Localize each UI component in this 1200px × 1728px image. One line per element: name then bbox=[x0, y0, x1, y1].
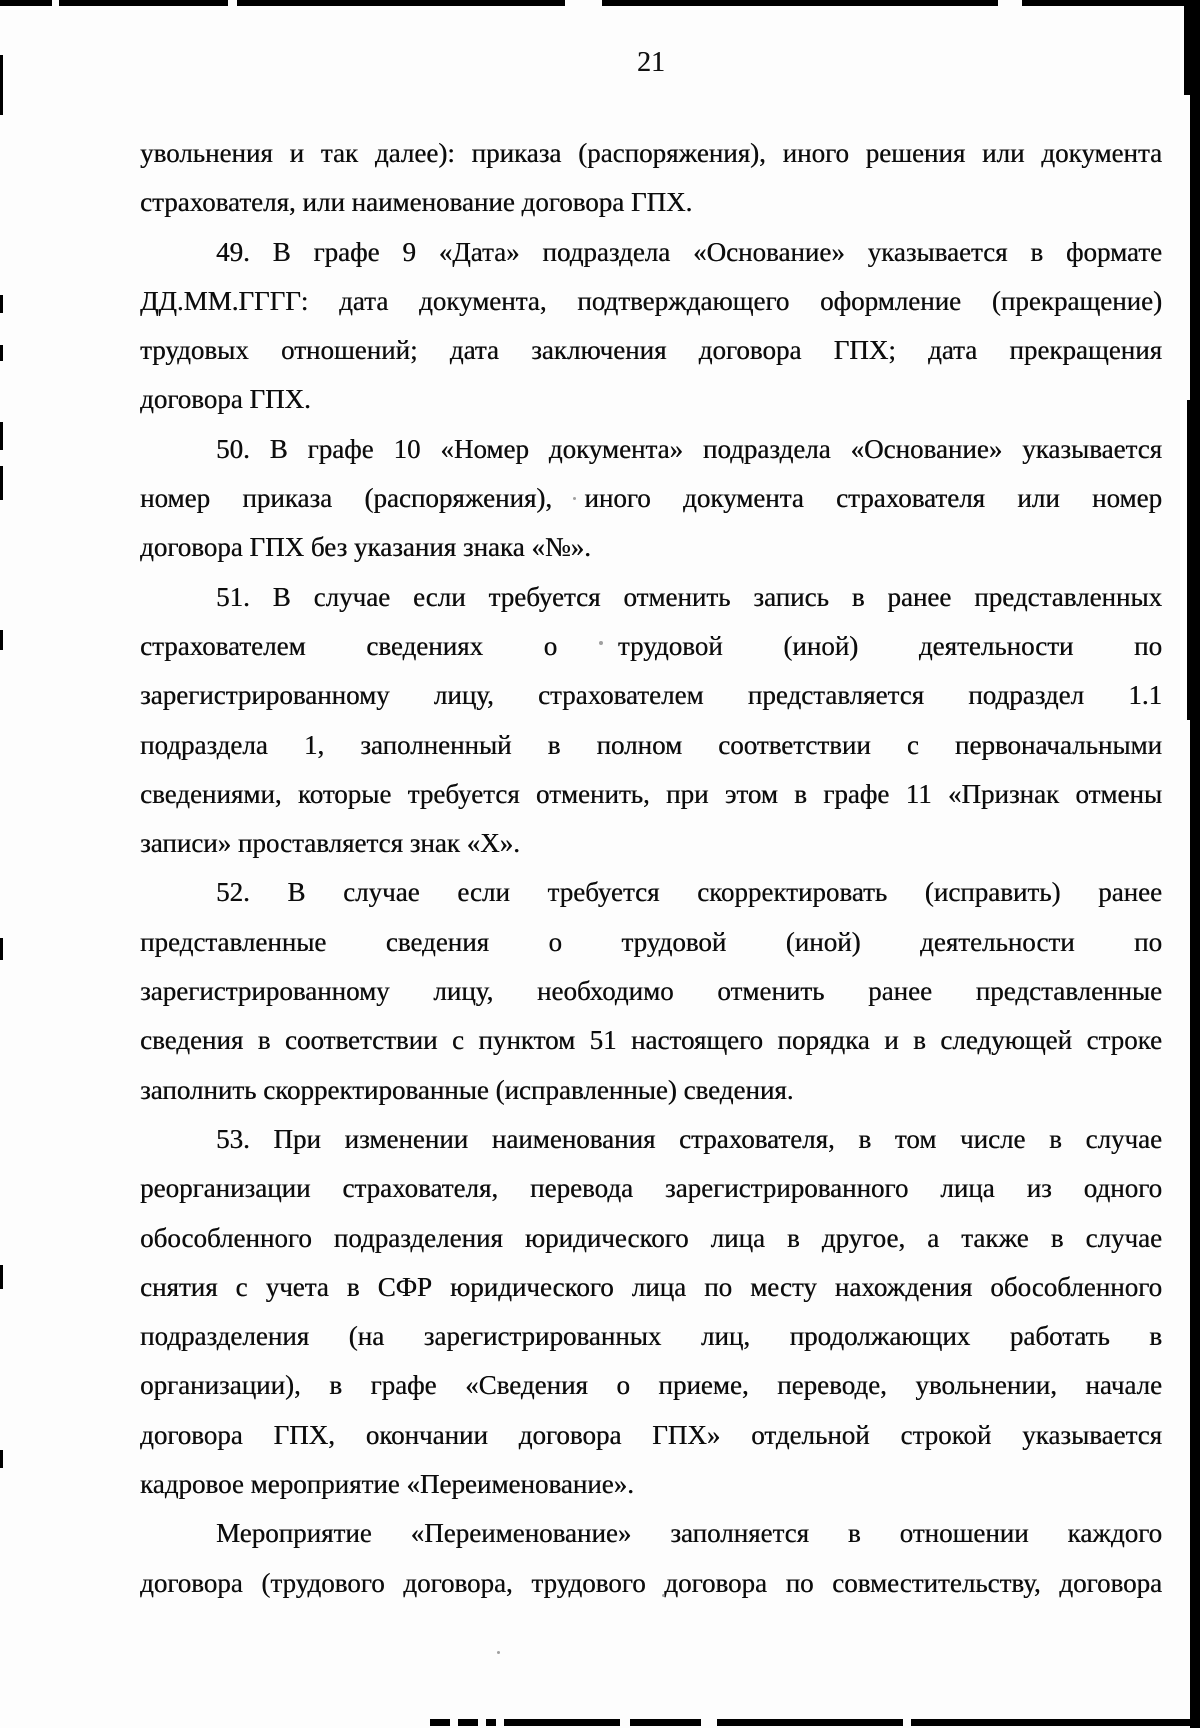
text-line: номер приказа (распоряжения), иного доку… bbox=[140, 474, 1162, 523]
paragraph: 53. При изменении наименования страховат… bbox=[140, 1115, 1162, 1509]
paragraph: 49. В графе 9 «Дата» подраздела «Основан… bbox=[140, 228, 1162, 425]
scan-noise-speck bbox=[599, 641, 603, 645]
paragraph: 50. В графе 10 «Номер документа» подразд… bbox=[140, 425, 1162, 573]
text-line: ДД.ММ.ГГГГ: дата документа, подтверждающ… bbox=[140, 277, 1162, 326]
text-line: Мероприятие «Переименование» заполняется… bbox=[140, 1509, 1162, 1558]
text-line: подразделения (на зарегистрированных лиц… bbox=[140, 1312, 1162, 1361]
text-line: 53. При изменении наименования страховат… bbox=[140, 1115, 1162, 1164]
scan-artifact-top-edge bbox=[0, 0, 1200, 6]
text-line: страхователем сведениях о трудовой (иной… bbox=[140, 622, 1162, 671]
scan-artifact-left-tick bbox=[0, 55, 3, 115]
text-line: договора (трудового договора, трудового … bbox=[140, 1559, 1162, 1608]
scan-artifact-right-edge bbox=[1190, 0, 1200, 1728]
scan-noise-speck bbox=[662, 1594, 665, 1597]
scan-artifact-left-tick bbox=[0, 422, 3, 450]
text-line: 50. В графе 10 «Номер документа» подразд… bbox=[140, 425, 1162, 474]
text-line: договора ГПХ. bbox=[140, 375, 1162, 424]
scan-noise-speck bbox=[497, 1651, 500, 1654]
scan-artifact-right-edge-mid bbox=[1187, 400, 1191, 720]
text-line: трудовых отношений; дата заключения дого… bbox=[140, 326, 1162, 375]
paragraph: увольнения и так далее): приказа (распор… bbox=[140, 129, 1162, 228]
page-number: 21 bbox=[140, 47, 1162, 79]
text-line: договора ГПХ без указания знака «№». bbox=[140, 523, 1162, 572]
text-line: сведения в соответствии с пунктом 51 нас… bbox=[140, 1016, 1162, 1065]
text-line: реорганизации страхователя, перевода зар… bbox=[140, 1164, 1162, 1213]
scan-artifact-left-tick bbox=[0, 345, 3, 361]
scan-artifact-left-tick bbox=[0, 630, 3, 650]
scan-artifact-left-tick bbox=[0, 938, 3, 960]
scan-artifact-right-edge-top bbox=[1184, 0, 1192, 95]
text-line: кадровое мероприятие «Переименование». bbox=[140, 1460, 1162, 1509]
document-text-block: увольнения и так далее): приказа (распор… bbox=[140, 129, 1162, 1608]
text-line: 52. В случае если требуется скорректиров… bbox=[140, 868, 1162, 917]
text-line: представленные сведения о трудовой (иной… bbox=[140, 918, 1162, 967]
text-line: обособленного подразделения юридического… bbox=[140, 1214, 1162, 1263]
text-line: зарегистрированному лицу, страхователем … bbox=[140, 671, 1162, 720]
text-line: 49. В графе 9 «Дата» подраздела «Основан… bbox=[140, 228, 1162, 277]
scan-artifact-bottom-edge bbox=[430, 1719, 1200, 1726]
text-line: зарегистрированному лицу, необходимо отм… bbox=[140, 967, 1162, 1016]
text-line: 51. В случае если требуется отменить зап… bbox=[140, 573, 1162, 622]
text-line: заполнить скорректированные (исправленны… bbox=[140, 1066, 1162, 1115]
paragraph: 52. В случае если требуется скорректиров… bbox=[140, 868, 1162, 1114]
paragraph: Мероприятие «Переименование» заполняется… bbox=[140, 1509, 1162, 1608]
scanned-document-page: 21 увольнения и так далее): приказа (рас… bbox=[0, 0, 1200, 1728]
text-line: договора ГПХ, окончании договора ГПХ» от… bbox=[140, 1411, 1162, 1460]
scan-artifact-left-tick bbox=[0, 1450, 3, 1468]
scan-noise-speck bbox=[573, 497, 576, 500]
text-line: записи» проставляется знак «Х». bbox=[140, 819, 1162, 868]
paragraph: 51. В случае если требуется отменить зап… bbox=[140, 573, 1162, 869]
text-line: увольнения и так далее): приказа (распор… bbox=[140, 129, 1162, 178]
text-line: организации), в графе «Сведения о приеме… bbox=[140, 1361, 1162, 1410]
text-line: подраздела 1, заполненный в полном соотв… bbox=[140, 721, 1162, 770]
scan-artifact-left-tick bbox=[0, 1265, 3, 1289]
text-line: сведениями, которые требуется отменить, … bbox=[140, 770, 1162, 819]
scan-artifact-left-tick bbox=[0, 466, 3, 500]
scan-artifact-left-tick bbox=[0, 295, 3, 313]
text-line: страхователя, или наименование договора … bbox=[140, 178, 1162, 227]
text-line: снятия с учета в СФР юридического лица п… bbox=[140, 1263, 1162, 1312]
